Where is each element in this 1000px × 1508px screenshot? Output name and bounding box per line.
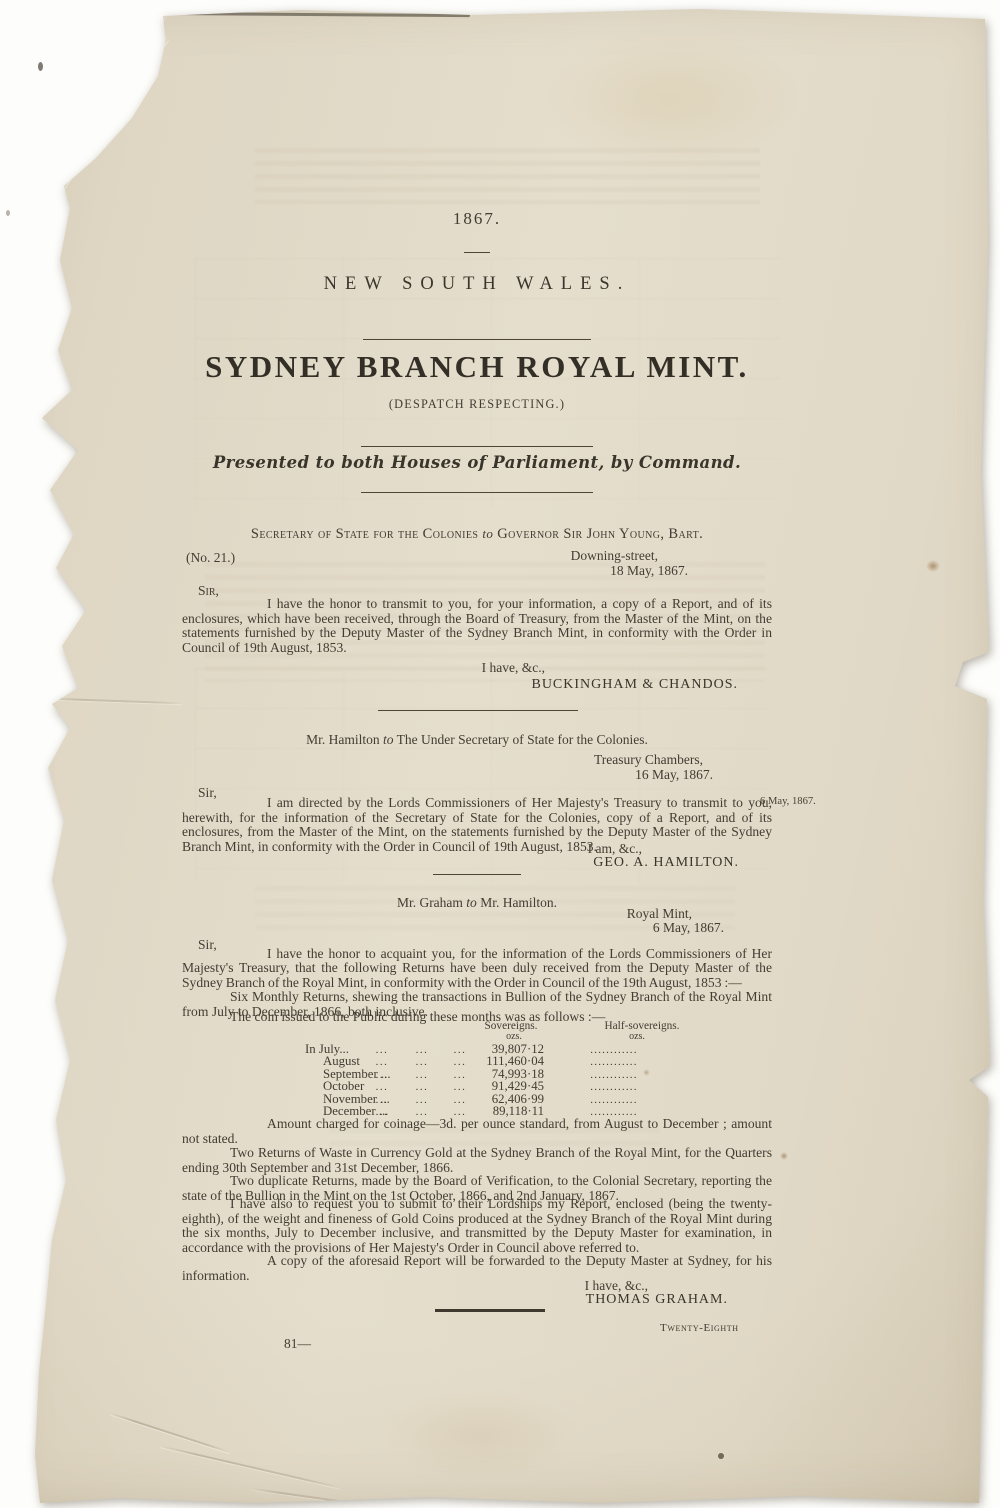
table-header-row: Sovereigns. Half-sovereigns. [182, 1020, 772, 1031]
half-sovereigns-value: ............ [554, 1094, 674, 1106]
despatch-date: 18 May, 1867. [182, 564, 772, 579]
letter-paragraph: I have the honor to acquaint you, for th… [182, 947, 772, 990]
divider-rule [361, 446, 593, 447]
leader-dots: ... [402, 1094, 442, 1106]
table-row: October ... ... ... 91,429·45 ..........… [182, 1080, 772, 1092]
leader-dots: ... [402, 1069, 442, 1081]
half-sovereigns-value: ............ [554, 1081, 674, 1093]
despatch-heading-pre: Secretary of State for the Colonies [251, 526, 482, 542]
printed-text-layer: 1867. NEW SOUTH WALES. SYDNEY BRANCH ROY… [0, 0, 1000, 1508]
sovereigns-value: 91,429·45 [478, 1080, 544, 1092]
letter-paragraph: Amount charged for coinage—3d. per ounce… [182, 1117, 772, 1146]
half-sovereigns-value: ............ [554, 1044, 674, 1056]
letter-date: 6 May, 1867. [182, 921, 772, 936]
page-title: SYDNEY BRANCH ROYAL MINT. [182, 360, 772, 375]
month-cell: August [182, 1055, 362, 1067]
table-row: September ... ... ... ... 74,993·18 ....… [182, 1068, 772, 1080]
section-divider [433, 874, 521, 875]
leader-dots: ... [442, 1081, 478, 1093]
table-row: August ... ... ... 111,460·04 ..........… [182, 1055, 772, 1067]
table-row: In July... ... ... ... 39,807·12 .......… [182, 1043, 772, 1055]
leader-dots: ... [362, 1044, 402, 1056]
colony-title: NEW SOUTH WALES. [182, 277, 772, 292]
margin-note: 6 May, 1867. [760, 796, 846, 808]
coin-issue-table: Sovereigns. Half-sovereigns. ozs. ozs. I… [182, 1020, 772, 1117]
end-rule [435, 1309, 545, 1312]
leader-dots: ... [402, 1081, 442, 1093]
despatch-heading-to: to [482, 526, 493, 541]
footer-number: 81— [284, 1336, 311, 1352]
letter-paragraph: Two Returns of Waste in Currency Gold at… [182, 1146, 772, 1175]
half-sovereigns-value: ............ [554, 1069, 674, 1081]
unit-label: ozs. [629, 1031, 645, 1042]
signature: BUCKINGHAM & CHANDOS. [182, 678, 772, 693]
leader-dots: ... [442, 1056, 478, 1068]
letter-heading-pre: Mr. Hamilton [306, 732, 383, 747]
despatch-body: I have the honor to transmit to you, for… [182, 597, 772, 655]
signature: THOMAS GRAHAM. [182, 1293, 772, 1308]
leader-dots: ... [442, 1069, 478, 1081]
aged-paper: 1867. NEW SOUTH WALES. SYDNEY BRANCH ROY… [0, 0, 1000, 1508]
half-sovereigns-value: ............ [554, 1056, 674, 1068]
letter-date: 16 May, 1867. [182, 768, 772, 783]
table-units-row: ozs. ozs. [182, 1031, 772, 1043]
despatch-heading-post: Governor Sir John Young, Bart. [493, 526, 703, 542]
unit-label: ozs. [506, 1031, 522, 1042]
letter-heading-post: The Under Secretary of State for the Col… [394, 732, 648, 747]
page-subtitle: (DESPATCH RESPECTING.) [182, 397, 772, 412]
paper-sheet: 1867. NEW SOUTH WALES. SYDNEY BRANCH ROY… [0, 0, 1000, 1508]
section-divider [378, 710, 578, 711]
scanned-document-page: 1867. NEW SOUTH WALES. SYDNEY BRANCH ROY… [0, 0, 1000, 1508]
month-cell: October [182, 1080, 362, 1092]
divider-rule [464, 252, 490, 253]
letter-paragraph: I have also to request you to submit to … [182, 1197, 772, 1255]
year-heading: 1867. [182, 212, 772, 227]
leader-dots: ... [442, 1094, 478, 1106]
letter-heading: Mr. Hamilton to The Under Secretary of S… [182, 733, 772, 748]
divider-rule [363, 339, 591, 340]
despatch-heading: Secretary of State for the Colonies to G… [182, 527, 772, 542]
letter-heading-to: to [383, 732, 394, 747]
valediction: I have, &c., [182, 661, 772, 676]
signature: GEO. A. HAMILTON. [182, 856, 772, 871]
leader-dots: ... [442, 1044, 478, 1056]
sovereigns-value: 111,460·04 [478, 1055, 544, 1067]
leader-dots: ... [402, 1056, 442, 1068]
presented-line: Presented to both Houses of Parliament, … [182, 456, 772, 471]
leader-dots: ... [402, 1044, 442, 1056]
letter-place: Treasury Chambers, [182, 753, 772, 768]
leader-dots: ... [362, 1069, 402, 1081]
despatch-place: Downing-street, [182, 549, 772, 564]
catchword: Twenty-Eighth [660, 1322, 739, 1334]
divider-rule [361, 492, 593, 493]
table-row: November ... ... ... ... 62,406·99 .....… [182, 1093, 772, 1105]
